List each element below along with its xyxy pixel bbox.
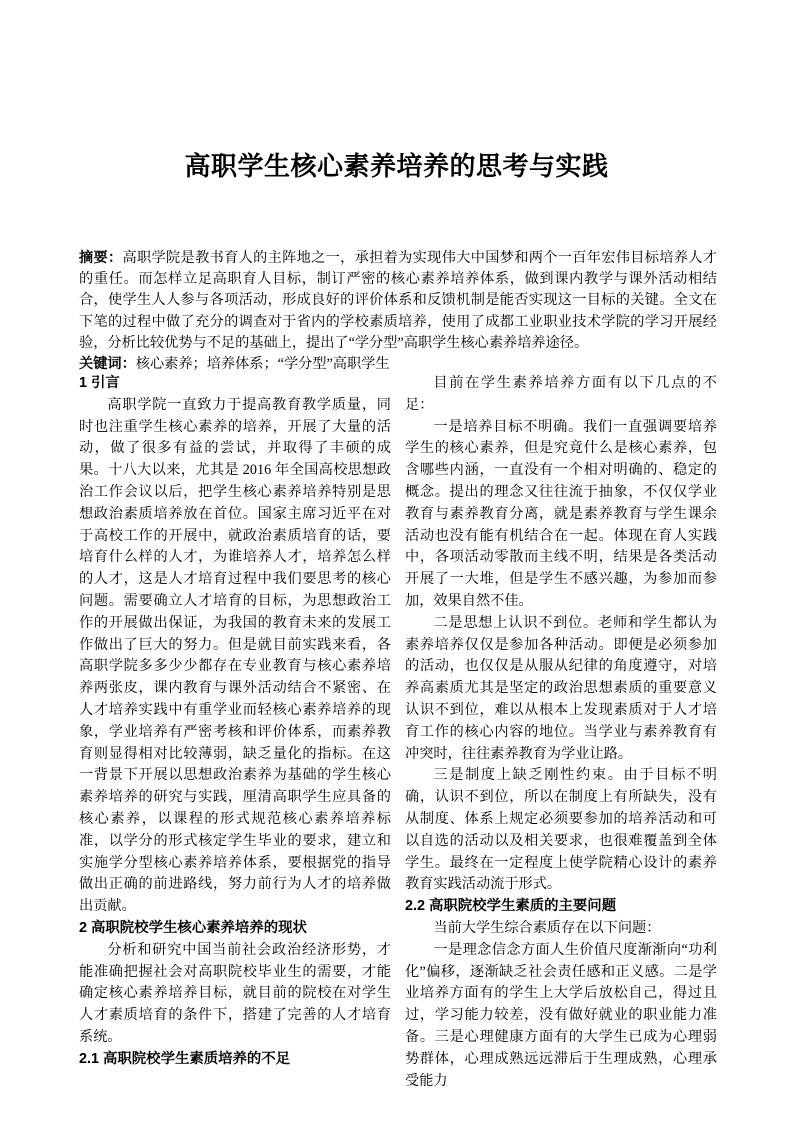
paragraph: 高职学院一直致力于提高教育教学质量，同时也注重学生核心素养的培养，开展了大量的活… bbox=[79, 395, 391, 918]
right-column: 目前在学生素养培养方面有以下几点的不足：一是培养目标不明确。我们一直强调要培养学… bbox=[405, 373, 717, 1092]
abstract-label: 摘要： bbox=[79, 250, 123, 266]
abstract: 摘要：高职学院是教书育人的主阵地之一，承担着为实现伟大中国梦和两个一百年宏伟目标… bbox=[79, 248, 717, 354]
two-column-body: 1 引言高职学院一直致力于提高教育教学质量，同时也注重学生核心素养的培养，开展了… bbox=[79, 373, 717, 1092]
paragraph: 分析和研究中国当前社会政治经济形势，才能准确把握社会对高职院校毕业生的需要，才能… bbox=[79, 940, 391, 1049]
paragraph: 目前在学生素养培养方面有以下几点的不足： bbox=[405, 373, 717, 417]
keywords-text: 核心素养；培养体系；“学分型”高职学生 bbox=[136, 356, 390, 372]
front-matter: 摘要：高职学院是教书育人的主阵地之一，承担着为实现伟大中国梦和两个一百年宏伟目标… bbox=[79, 248, 717, 375]
section-heading: 2 高职院校学生核心素养培养的现状 bbox=[79, 918, 391, 940]
paragraph: 当前大学生综合素质存在以下问题： bbox=[405, 918, 717, 940]
keywords-label: 关键词： bbox=[79, 356, 136, 372]
left-column: 1 引言高职学院一直致力于提高教育教学质量，同时也注重学生核心素养的培养，开展了… bbox=[79, 373, 391, 1092]
abstract-text: 高职学院是教书育人的主阵地之一，承担着为实现伟大中国梦和两个一百年宏伟目标培养人… bbox=[79, 250, 717, 351]
paragraph: 一是培养目标不明确。我们一直强调要培养学生的核心素养，但是究竟什么是核心素养，包… bbox=[405, 417, 717, 613]
document-page: 高职学生核心素养培养的思考与实践 摘要：高职学院是教书育人的主阵地之一，承担着为… bbox=[0, 0, 793, 1122]
paragraph: 二是思想上认识不到位。老师和学生都认为素养培养仅仅是参加各种活动。即便是必须参加… bbox=[405, 613, 717, 766]
section-heading: 2.1 高职院校学生素质培养的不足 bbox=[79, 1049, 391, 1071]
paper-title: 高职学生核心素养培养的思考与实践 bbox=[0, 146, 793, 183]
section-heading: 2.2 高职院校学生素质的主要问题 bbox=[405, 896, 717, 918]
paragraph: 三是制度上缺乏刚性约束。由于目标不明确，认识不到位，所以在制度上有所缺失，没有从… bbox=[405, 765, 717, 896]
section-heading: 1 引言 bbox=[79, 373, 391, 395]
paragraph: 一是理念信念方面人生价值尺度渐渐向“功利化”偏移，逐渐缺乏社会责任感和正义感。二… bbox=[405, 940, 717, 1093]
